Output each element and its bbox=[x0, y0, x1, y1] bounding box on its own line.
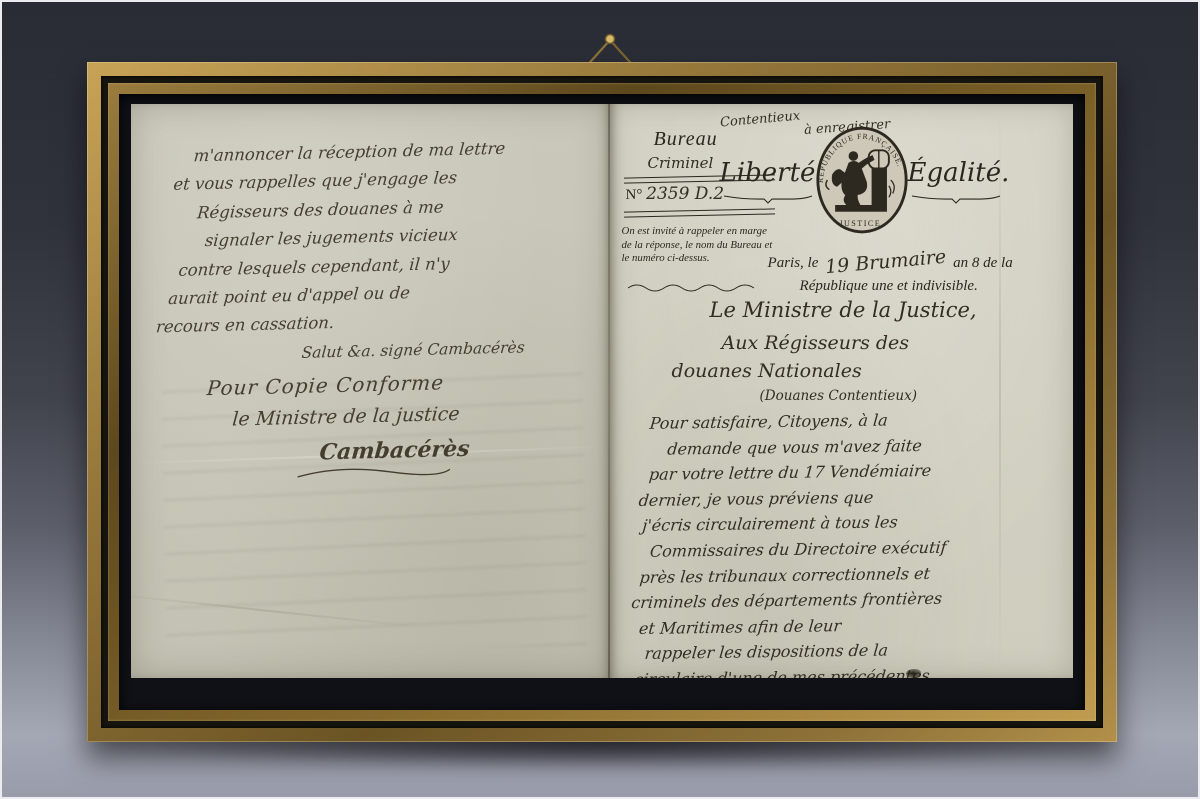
address-line: Le Ministre de la Justice, bbox=[710, 298, 977, 322]
number-printed: N° bbox=[626, 187, 643, 203]
number-handwritten: 2359 D.2 bbox=[646, 184, 724, 204]
signature: Cambacérès bbox=[318, 432, 584, 467]
frame-groove: m'annoncer la réception de ma lettre et … bbox=[101, 76, 1103, 728]
liberte-flourish bbox=[722, 192, 814, 204]
address-line: douanes Nationales bbox=[672, 360, 862, 382]
liberte-motto: Liberté. bbox=[720, 158, 824, 188]
seal-bottom-text: JUSTICE. bbox=[839, 219, 884, 228]
document-paper: m'annoncer la réception de ma lettre et … bbox=[131, 104, 1073, 678]
framed-document-photo: m'annoncer la réception de ma lettre et … bbox=[0, 0, 1200, 799]
address-line: (Douanes Contentieux) bbox=[760, 388, 917, 404]
salut-line: Salut &a. signé Cambacérès bbox=[300, 332, 592, 368]
frame-inner-molding: m'annoncer la réception de ma lettre et … bbox=[108, 83, 1096, 721]
dateline-printed-prefix: Paris, le bbox=[768, 255, 819, 271]
annotation-contentieux: Contentieux bbox=[719, 109, 800, 131]
justice-seal: RÉPUBLIQUE FRANÇAISE. bbox=[814, 124, 910, 238]
left-page-manuscript: m'annoncer la réception de ma lettre et … bbox=[143, 132, 608, 485]
right-page: Bureau Criminel Contentieux à enregistre… bbox=[610, 104, 1073, 678]
bureau-label: Bureau bbox=[654, 128, 718, 151]
ink-smudge bbox=[906, 669, 921, 678]
hanging-ring-icon bbox=[606, 35, 615, 44]
dateline-line2: République une et indivisible. bbox=[800, 278, 978, 295]
dateline: Paris, le 19 Brumaire an 8 de la bbox=[768, 250, 1013, 272]
bureau-handwritten: Criminel bbox=[648, 154, 714, 172]
letter-body: Pour satisfaire, Citoyens, à la demande … bbox=[621, 405, 1073, 678]
double-rule bbox=[623, 208, 774, 217]
dateline-handwritten-date: 19 Brumaire bbox=[824, 246, 947, 278]
margin-instruction-note: On est invité à rappeler en marge de la … bbox=[622, 225, 777, 266]
egalite-motto: Égalité. bbox=[908, 158, 1010, 188]
left-page: m'annoncer la réception de ma lettre et … bbox=[131, 104, 610, 678]
document-number: N° 2359 D.2 bbox=[626, 184, 725, 204]
address-line: Aux Régisseurs des bbox=[722, 332, 910, 354]
frame-window: m'annoncer la réception de ma lettre et … bbox=[119, 94, 1085, 710]
picture-frame: m'annoncer la réception de ma lettre et … bbox=[87, 62, 1117, 742]
egalite-flourish bbox=[910, 192, 1002, 204]
note-flourish bbox=[626, 283, 768, 293]
dateline-printed-suffix: an 8 de la bbox=[953, 255, 1013, 271]
